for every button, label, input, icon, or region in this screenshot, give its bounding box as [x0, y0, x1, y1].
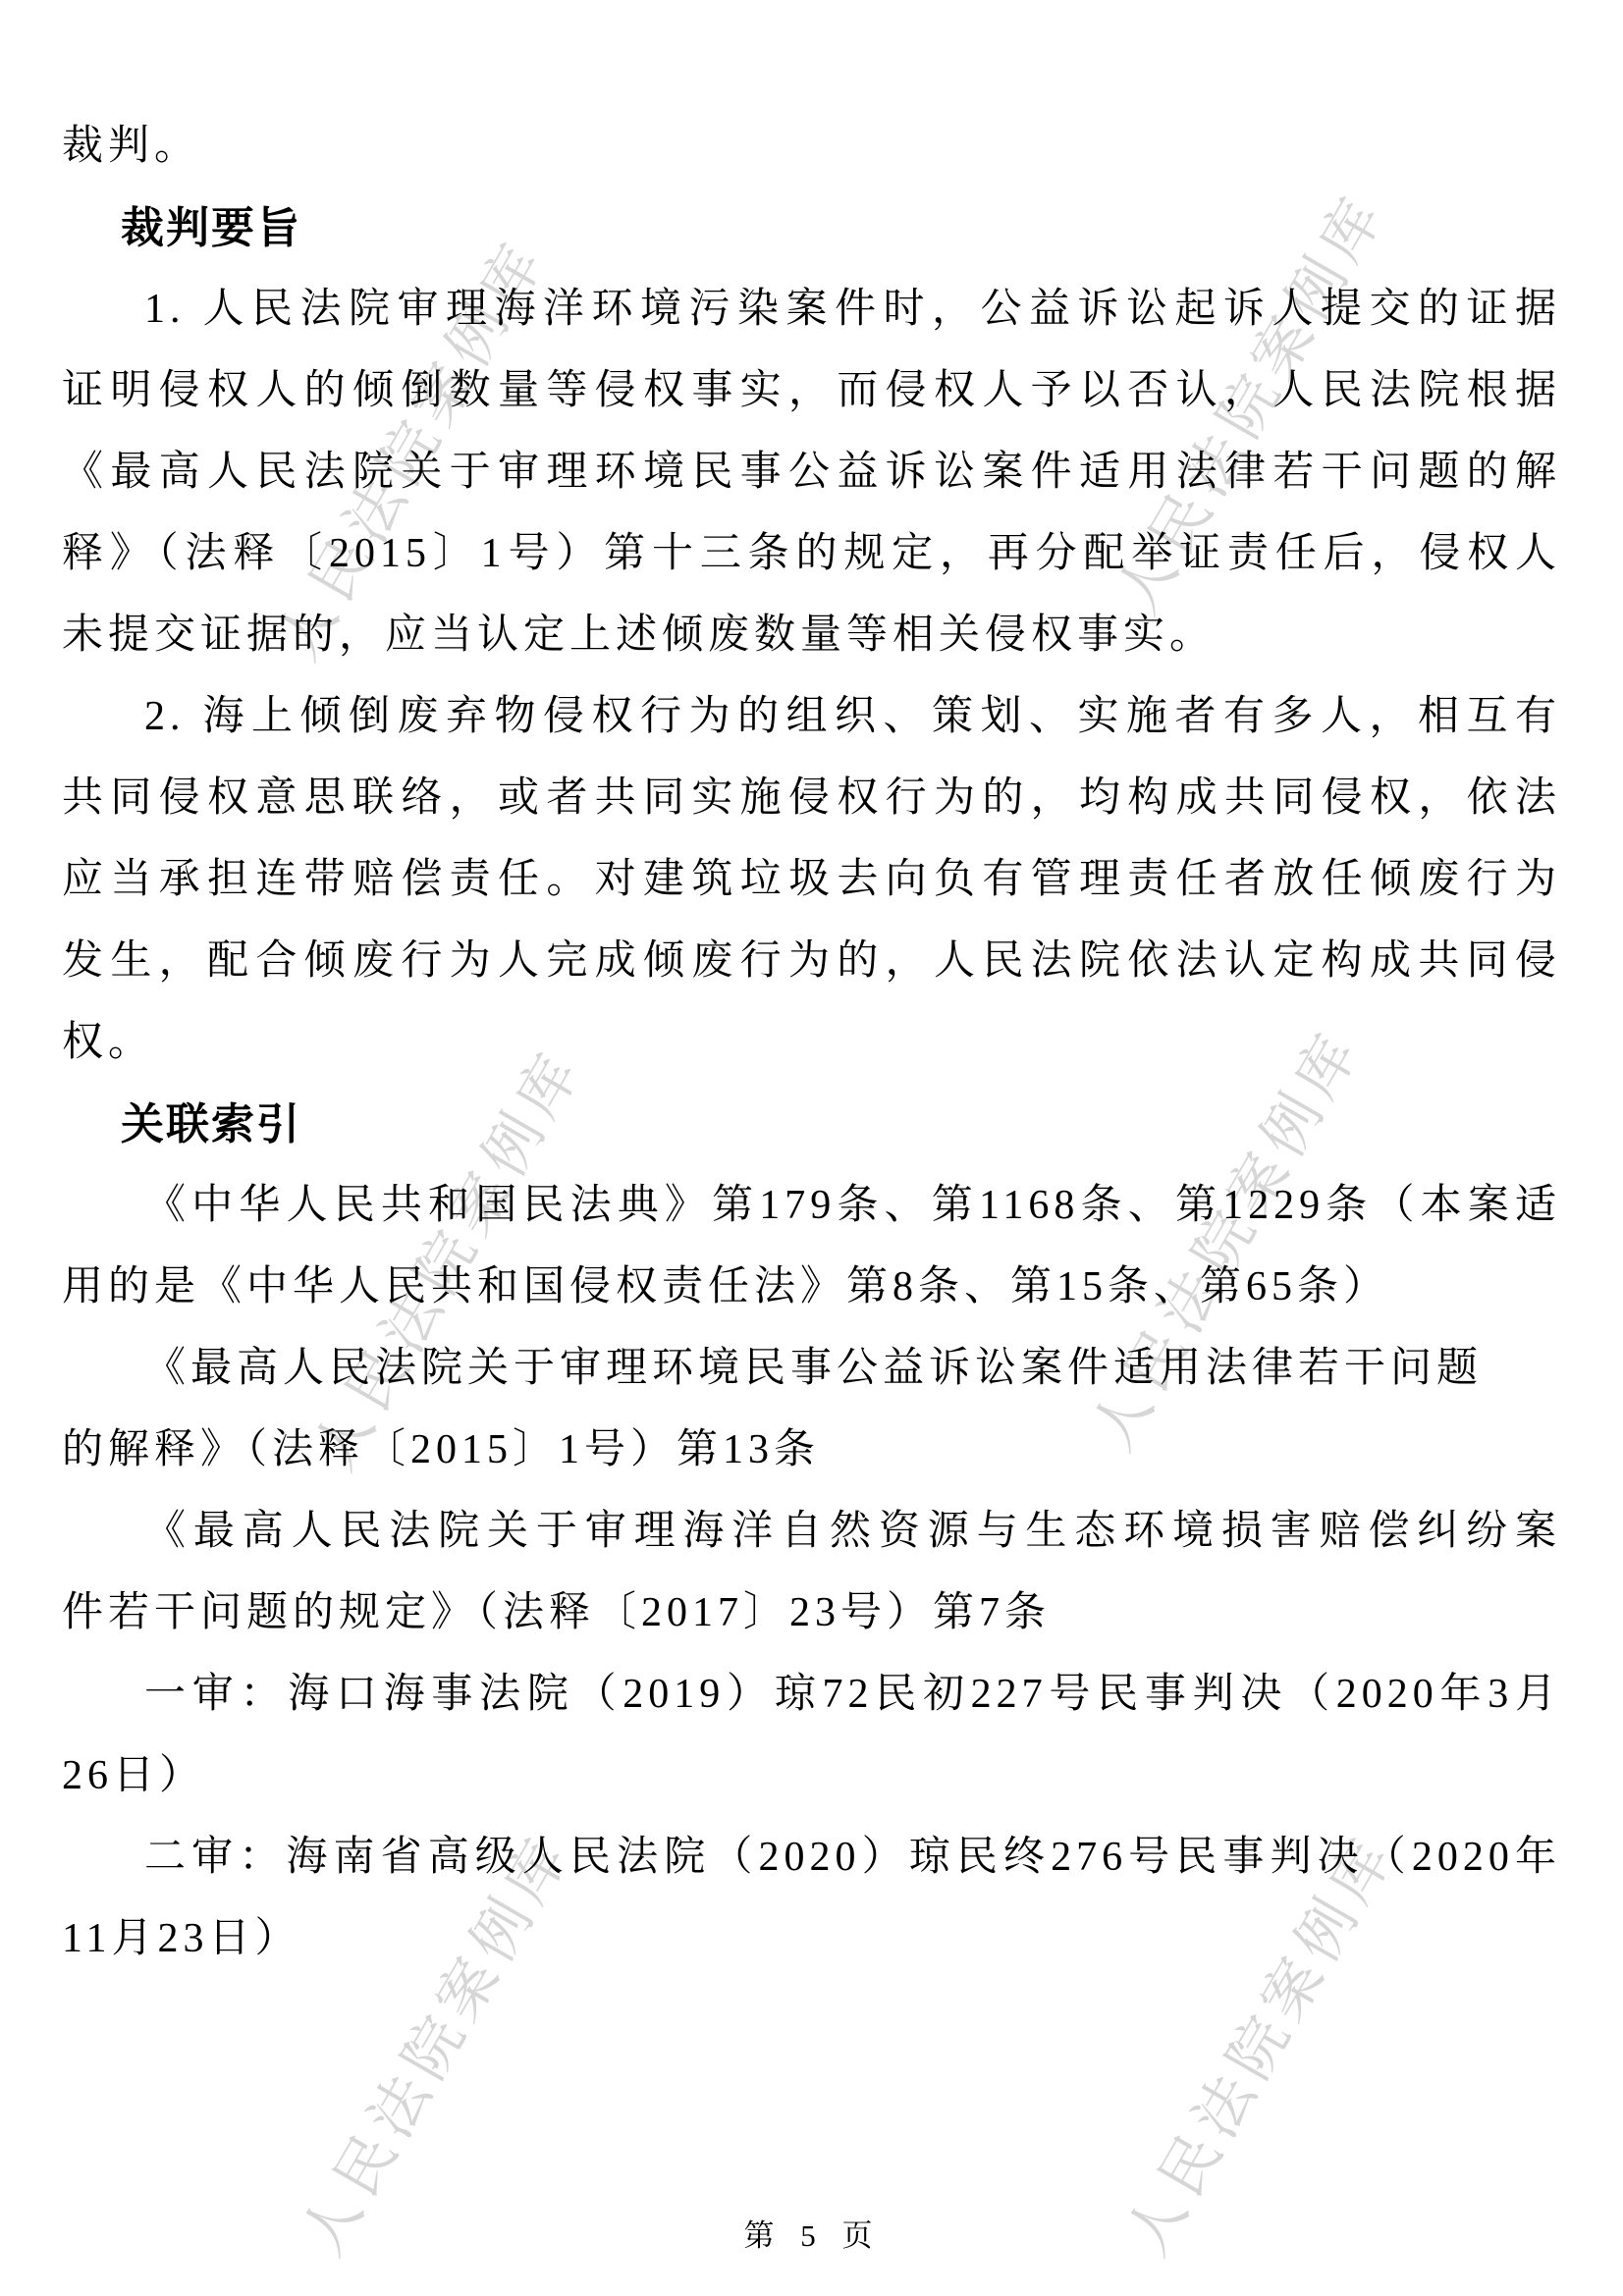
- gist-line: 应当承担连带赔偿责任。对建筑垃圾去向负有管理责任者放任倾废行为: [62, 839, 1561, 921]
- index-line: 《最高人民法院关于审理海洋自然资源与生态环境损害赔偿纠纷案: [62, 1491, 1561, 1573]
- index-line: 件若干问题的规定》（法释〔2017〕23号）第7条: [62, 1573, 1561, 1654]
- heading-related-index: 关联索引: [62, 1084, 1561, 1165]
- document-page: 人民法院案例库 人民法院案例库 人民法院案例库 人民法院案例库 人民法院案例库 …: [0, 0, 1623, 2296]
- gist-line: 共同侵权意思联络，或者共同实施侵权行为的，均构成共同侵权，依法: [62, 758, 1561, 839]
- index-line: 用的是《中华人民共和国侵权责任法》第8条、第15条、第65条）: [62, 1247, 1561, 1328]
- gist-line: 2. 海上倾倒废弃物侵权行为的组织、策划、实施者有多人，相互有: [62, 676, 1561, 758]
- index-line: 26日）: [62, 1735, 1561, 1817]
- index-line: 一审：海口海事法院（2019）琼72民初227号民事判决（2020年3月: [62, 1654, 1561, 1735]
- document-body: 裁判。 裁判要旨 1. 人民法院审理海洋环境污染案件时，公益诉讼起诉人提交的证据…: [62, 106, 1561, 1980]
- index-line: 二审：海南省高级人民法院（2020）琼民终276号民事判决（2020年: [62, 1817, 1561, 1898]
- gist-line: 未提交证据的，应当认定上述倾废数量等相关侵权事实。: [62, 595, 1561, 676]
- page-number: 第 5 页: [0, 2211, 1623, 2255]
- gist-line: 1. 人民法院审理海洋环境污染案件时，公益诉讼起诉人提交的证据: [62, 269, 1561, 350]
- gist-line: 释》（法释〔2015〕1号）第十三条的规定，再分配举证责任后，侵权人: [62, 513, 1561, 595]
- gist-line: 《最高人民法院关于审理环境民事公益诉讼案件适用法律若干问题的解: [62, 432, 1561, 513]
- index-line: 《中华人民共和国民法典》第179条、第1168条、第1229条（本案适: [62, 1165, 1561, 1247]
- heading-judgment-gist: 裁判要旨: [62, 187, 1561, 269]
- gist-line: 发生，配合倾废行为人完成倾废行为的，人民法院依法认定构成共同侵: [62, 921, 1561, 1002]
- index-line: 的解释》（法释〔2015〕1号）第13条: [62, 1410, 1561, 1491]
- index-line: 《最高人民法院关于审理环境民事公益诉讼案件适用法律若干问题: [62, 1328, 1561, 1410]
- index-line: 11月23日）: [62, 1898, 1561, 1980]
- gist-line: 证明侵权人的倾倒数量等侵权事实，而侵权人予以否认，人民法院根据: [62, 350, 1561, 432]
- gist-line: 权。: [62, 1002, 1561, 1084]
- paragraph-tail-line: 裁判。: [62, 106, 1561, 187]
